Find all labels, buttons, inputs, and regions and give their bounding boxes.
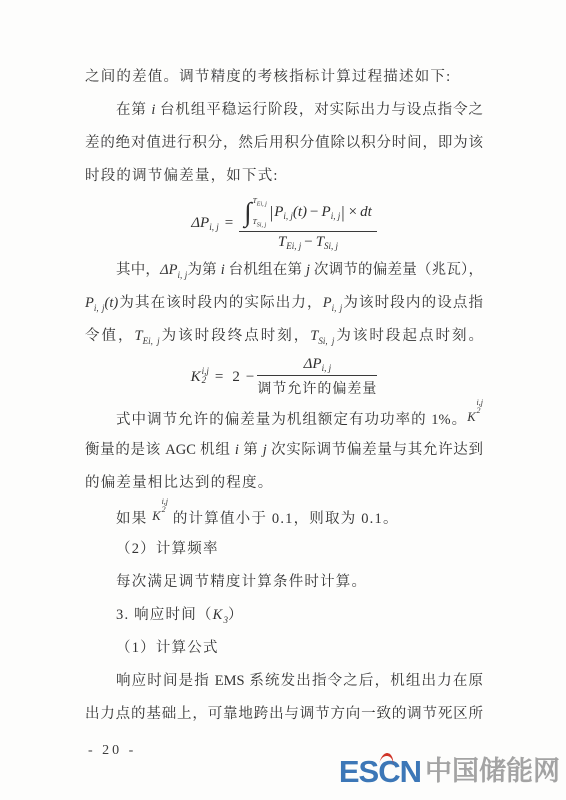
text-segment: 在第 bbox=[116, 102, 151, 118]
text-segment: 令值， bbox=[85, 328, 135, 344]
text-segment: 的计算值小于 0.1，则取为 0.1。 bbox=[168, 511, 399, 527]
text-segment: 如果 bbox=[116, 511, 152, 527]
text-line: 式中调节允许的偏差量为机组额定有功功率的 1%。Ki,j2 bbox=[85, 401, 483, 434]
equals-sign: = bbox=[225, 215, 233, 232]
formula-k2-index: K i,j2 = 2 − ΔPi, j 调节允许的偏差量 bbox=[85, 353, 483, 401]
k2-variable: Ki,j2 bbox=[152, 500, 168, 533]
text-segment: 第 bbox=[239, 442, 263, 458]
text-segment: 式中调节允许的偏差量为机组额定有功功率的 1%。 bbox=[116, 412, 467, 428]
text-segment: 台机组在第 bbox=[225, 262, 306, 278]
fraction-denominator: 调节允许的偏差量 bbox=[257, 376, 377, 398]
fraction: ΔPi, j 调节允许的偏差量 bbox=[257, 356, 377, 398]
text-segment: 为该时段内的设点指 bbox=[342, 295, 483, 311]
text-segment: 为其在该时段内的实际出力， bbox=[118, 295, 323, 311]
integral-sign: ∫ TEi, j TSi, j bbox=[244, 197, 267, 229]
text-line: 响应时间是指 EMS 系统发出指令之后，机组出力在原 bbox=[85, 665, 483, 698]
text-segment: 为该时段终点时刻， bbox=[160, 328, 311, 344]
math-variable: Pi, j bbox=[85, 295, 105, 311]
minus-sign: − bbox=[310, 204, 318, 221]
text-line: 令值，TEi, j为该时段终点时刻，TSi, j为该时段起点时刻。 bbox=[85, 320, 483, 353]
integral-lower-limit: TSi, j bbox=[253, 218, 267, 229]
text-block-rules: 式中调节允许的偏差量为机组额定有功功率的 1%。Ki,j2衡量的是该 AGC 机… bbox=[85, 401, 483, 731]
math-variable: TEi, j bbox=[135, 328, 160, 344]
text-segment: 每次满足调节精度计算条件时计算。 bbox=[116, 574, 367, 590]
text-segment: （1）计算公式 bbox=[116, 640, 219, 656]
constant-two: 2 bbox=[232, 369, 240, 386]
text-segment: 次调节的偏差量（兆瓦）， bbox=[310, 262, 483, 278]
document-body: 之间的差值。调节精度的考核指标计算过程描述如下:在第 i 台机组平稳运行阶段，对… bbox=[85, 61, 483, 731]
text-line: 3. 响应时间（K3） bbox=[85, 599, 483, 632]
math-variable: (t) bbox=[105, 295, 119, 311]
text-segment: 其中， bbox=[116, 262, 160, 278]
text-segment: 之间的差值。调节精度的考核指标计算过程描述如下: bbox=[85, 69, 451, 85]
minus-sign: − bbox=[304, 234, 312, 251]
text-line: 之间的差值。调节精度的考核指标计算过程描述如下: bbox=[85, 61, 483, 94]
times-sign: × bbox=[349, 204, 357, 221]
text-segment: 衡量的是该 AGC 机组 bbox=[85, 442, 235, 458]
escn-wordmark: ESCN bbox=[339, 756, 421, 787]
text-line: 其中，ΔPi, j为第 i 台机组在第 j 次调节的偏差量（兆瓦）， bbox=[85, 254, 483, 287]
minus-sign: − bbox=[246, 369, 254, 386]
abs-bar: | bbox=[341, 203, 344, 223]
text-segment: 为第 bbox=[187, 262, 220, 278]
text-segment: 次实际调节偏差量与其允许达到 bbox=[267, 442, 483, 458]
text-line: Pi, j(t)为其在该时段内的实际出力，Pi, j为该时段内的设点指 bbox=[85, 287, 483, 320]
fraction-numerator: ΔPi, j bbox=[257, 356, 377, 376]
formula-lhs: ΔPi, j bbox=[191, 215, 218, 232]
text-line: 出力点的基础上，可靠地跨出与调节方向一致的调节死区所 bbox=[85, 698, 483, 731]
math-variable: ΔPi, j bbox=[160, 262, 187, 278]
text-line: 差的绝对值进行积分，然后用积分值除以积分时间，即为该 bbox=[85, 127, 483, 160]
math-variable: K3 bbox=[213, 607, 228, 623]
equals-sign: = bbox=[215, 369, 223, 386]
math-variable: Pi, j bbox=[323, 295, 343, 311]
page-number: - 20 - bbox=[88, 743, 136, 759]
fraction-denominator: TEi, j − TSi, j bbox=[239, 232, 377, 251]
abs-bar: | bbox=[270, 203, 273, 223]
k2-variable: K i,j2 bbox=[191, 369, 209, 386]
text-line: 每次满足调节精度计算条件时计算。 bbox=[85, 566, 483, 599]
text-line: 的偏差量相比达到的程度。 bbox=[85, 467, 483, 500]
text-segment: 差的绝对值进行积分，然后用积分值除以积分时间，即为该 bbox=[85, 135, 483, 151]
fraction-numerator: ∫ TEi, j TSi, j | Pi, j(t) − Pi, j | × d… bbox=[239, 197, 377, 232]
integral-upper-limit: TEi, j bbox=[253, 197, 267, 208]
text-segment: 台机组平稳运行阶段，对实际出力与设点指令之 bbox=[155, 102, 483, 118]
text-segment: 3. 响应时间（ bbox=[116, 607, 213, 623]
text-line: （2）计算频率 bbox=[85, 533, 483, 566]
text-line: 时段的调节偏差量，如下式: bbox=[85, 160, 483, 193]
escn-watermark-logo: ESCN 中国储能网 bbox=[339, 756, 560, 787]
text-line: 如果 Ki,j2 的计算值小于 0.1，则取为 0.1。 bbox=[85, 500, 483, 533]
text-line: 衡量的是该 AGC 机组 i 第 j 次实际调节偏差量与其允许达到 bbox=[85, 434, 483, 467]
text-segment: 为该时段起点时刻。 bbox=[334, 328, 483, 344]
math-variable: TSi, j bbox=[310, 328, 334, 344]
text-segment: 响应时间是指 EMS 系统发出指令之后，机组出力在原 bbox=[116, 673, 483, 689]
formula-regulation-deviation: ΔPi, j = ∫ TEi, j TSi, j | Pi, j(t) − Pi… bbox=[85, 193, 483, 254]
escn-chinese-name: 中国储能网 bbox=[425, 758, 560, 785]
text-segment: 出力点的基础上，可靠地跨出与调节方向一致的调节死区所 bbox=[85, 706, 483, 722]
text-segment: ） bbox=[228, 607, 244, 623]
text-block-intro: 之间的差值。调节精度的考核指标计算过程描述如下:在第 i 台机组平稳运行阶段，对… bbox=[85, 61, 483, 193]
text-segment: 的偏差量相比达到的程度。 bbox=[85, 475, 273, 491]
text-line: （1）计算公式 bbox=[85, 632, 483, 665]
text-segment: 时段的调节偏差量，如下式: bbox=[85, 168, 279, 184]
text-segment: （2）计算频率 bbox=[116, 541, 219, 557]
k2-variable: Ki,j2 bbox=[467, 401, 483, 434]
text-line: 在第 i 台机组平稳运行阶段，对实际出力与设点指令之 bbox=[85, 94, 483, 127]
fraction: ∫ TEi, j TSi, j | Pi, j(t) − Pi, j | × d… bbox=[239, 197, 377, 251]
text-block-definitions: 其中，ΔPi, j为第 i 台机组在第 j 次调节的偏差量（兆瓦），Pi, j(… bbox=[85, 254, 483, 353]
